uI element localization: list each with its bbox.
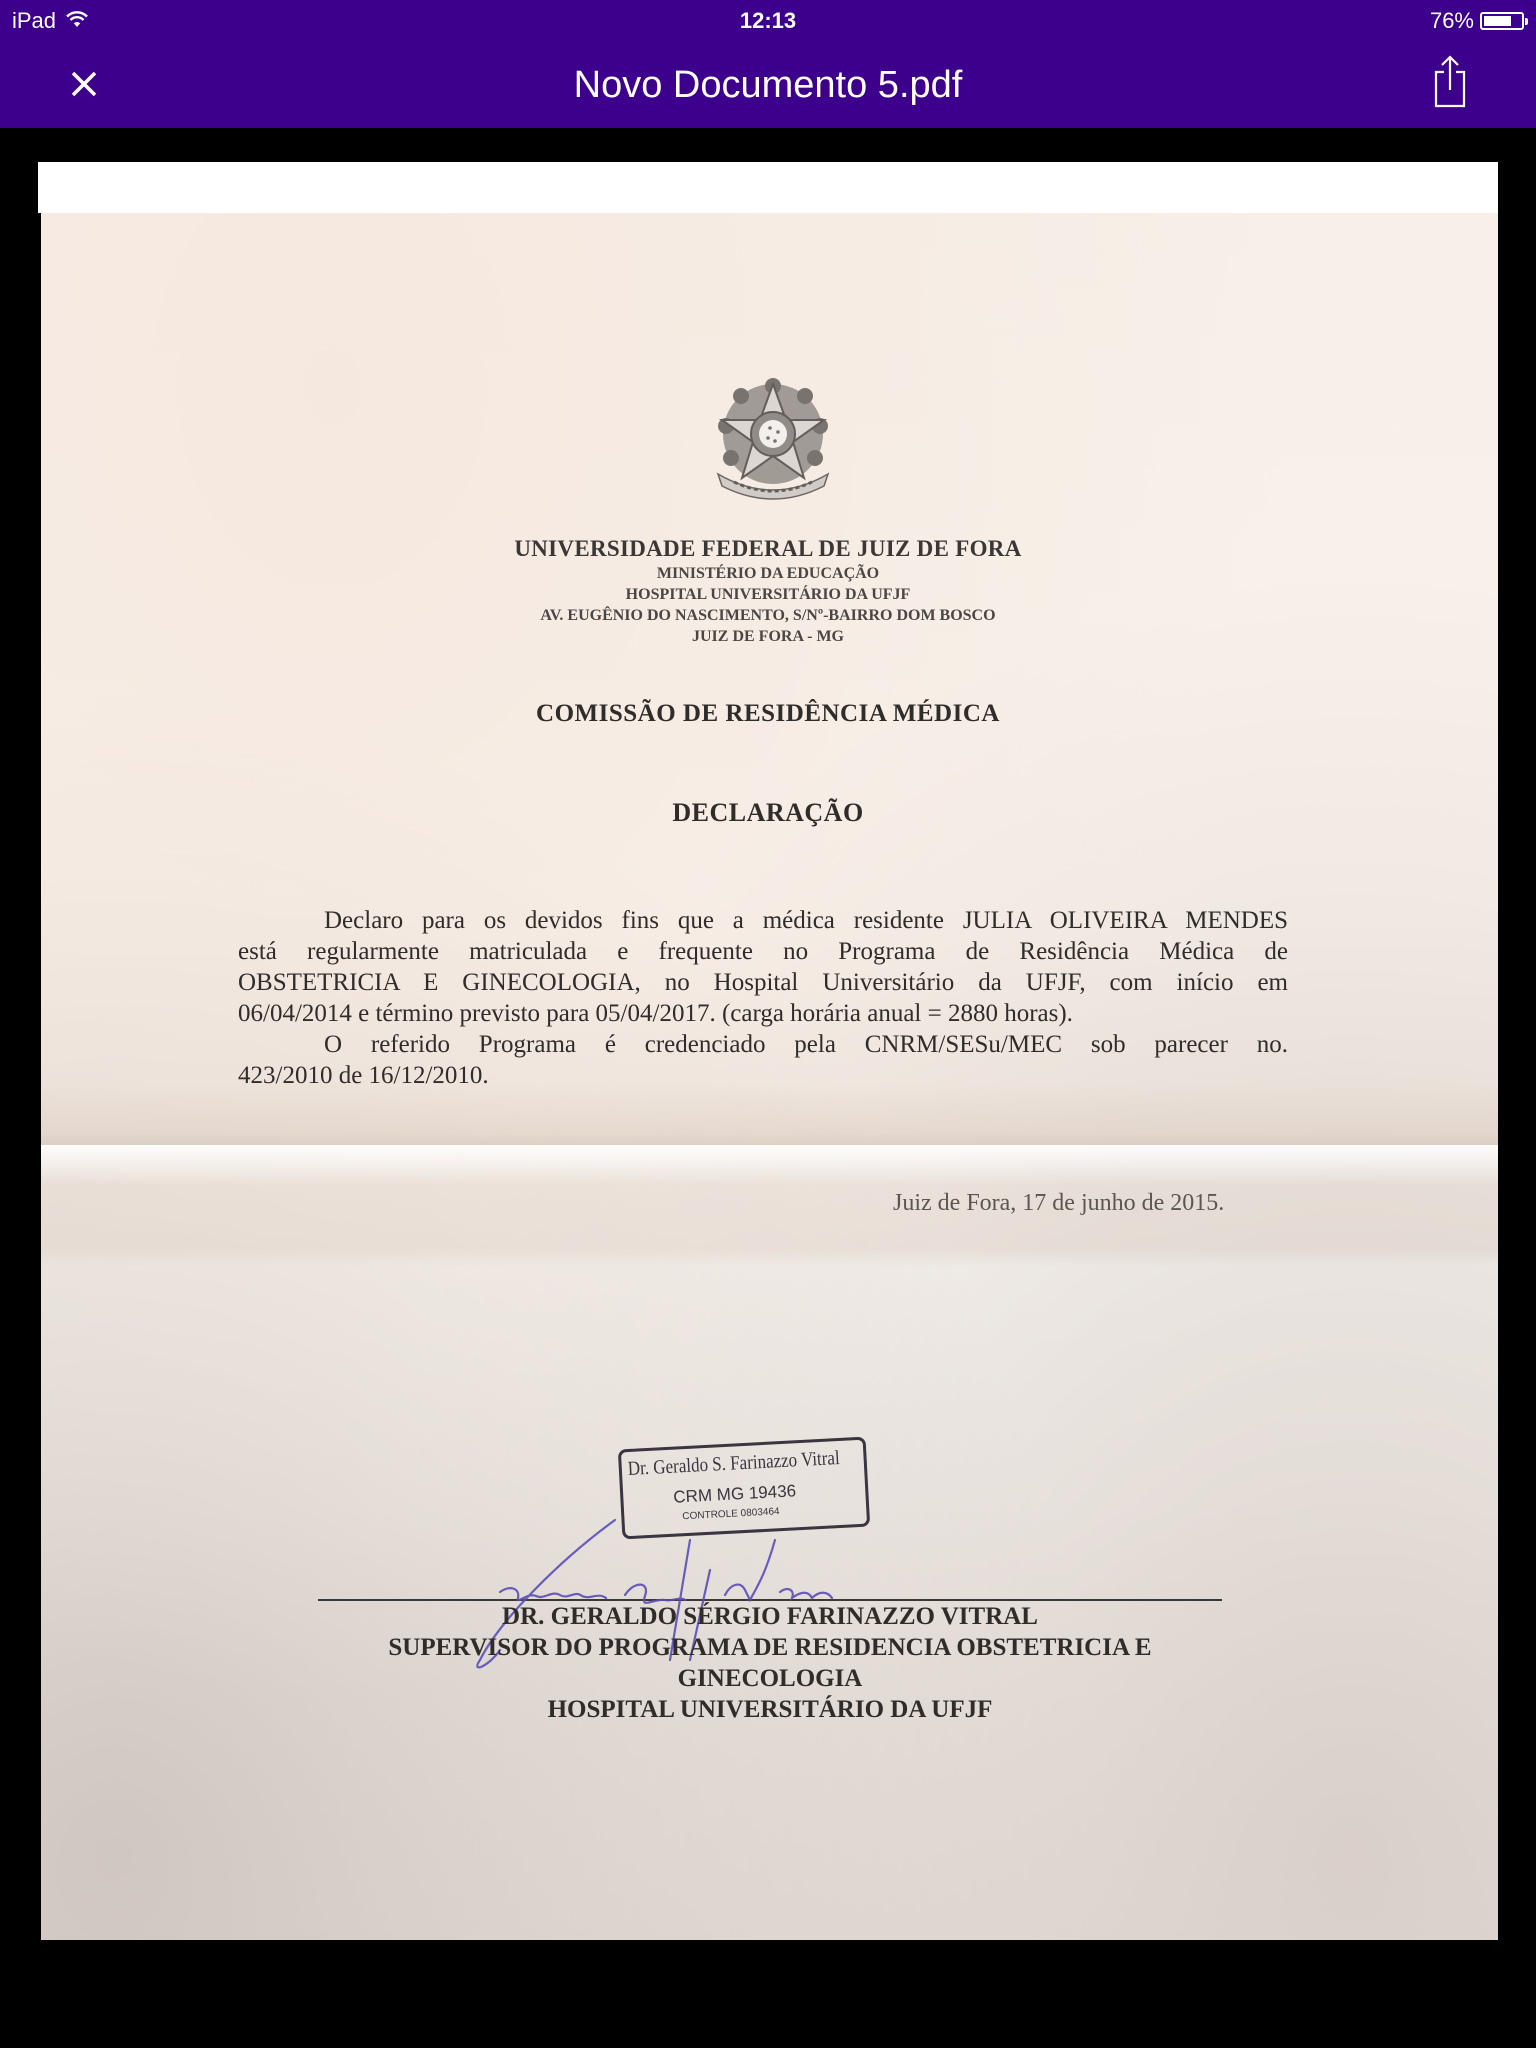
- commission-heading: COMISSÃO DE RESIDÊNCIA MÉDICA: [468, 700, 1068, 728]
- signatory-role: SUPERVISOR DO PROGRAMA DE RESIDENCIA OBS…: [318, 1632, 1222, 1663]
- status-bar-right: 76%: [1430, 6, 1524, 36]
- coat-of-arms-emblem: [700, 378, 846, 510]
- paper-fold-shadow: [41, 1083, 1498, 1145]
- declaration-title: DECLARAÇÃO: [468, 798, 1068, 828]
- pdf-page-top-margin: [38, 162, 1498, 213]
- body-line: Declaro para os devidos fins que a médic…: [238, 905, 1288, 936]
- declaration-body: Declaro para os devidos fins que a médic…: [238, 905, 1288, 1091]
- stamp-name: Dr. Geraldo S. Farinazzo Vitral: [627, 1447, 840, 1481]
- top-bar: iPad 12:13 76% Novo Documento 5.pdf: [0, 0, 1536, 128]
- body-line: 423/2010 de 16/12/2010.: [238, 1060, 1288, 1091]
- institution-name: UNIVERSIDADE FEDERAL DE JUIZ DE FORA: [468, 536, 1068, 562]
- letterhead-line: HOSPITAL UNIVERSITÁRIO DA UFJF: [468, 585, 1068, 605]
- body-line: 06/04/2014 e término previsto para 05/04…: [238, 998, 1288, 1029]
- share-button[interactable]: [1426, 52, 1474, 112]
- document-title: Novo Documento 5.pdf: [0, 60, 1536, 110]
- signatory-role-continued: GINECOLOGIA: [318, 1663, 1222, 1694]
- body-line: está regularmente matriculada e frequent…: [238, 936, 1288, 967]
- battery-level: [1484, 16, 1511, 26]
- pdf-viewer-app: iPad 12:13 76% Novo Documento 5.pdf: [0, 0, 1536, 2048]
- letterhead-line: JUIZ DE FORA - MG: [468, 627, 1068, 647]
- letterhead-line: MINISTÉRIO DA EDUCAÇÃO: [468, 564, 1068, 584]
- signatory-name: DR. GERALDO SÉRGIO FARINAZZO VITRAL: [318, 1601, 1222, 1632]
- letterhead-line: AV. EUGÊNIO DO NASCIMENTO, S/Nº-BAIRRO D…: [468, 606, 1068, 626]
- battery-icon: [1480, 12, 1524, 30]
- paper-fold-highlight: [41, 1145, 1498, 1185]
- status-time: 12:13: [0, 6, 1536, 36]
- place-and-date: Juiz de Fora, 17 de junho de 2015.: [893, 1190, 1224, 1217]
- signatory-institution: HOSPITAL UNIVERSITÁRIO DA UFJF: [318, 1694, 1222, 1725]
- battery-percent: 76%: [1430, 6, 1474, 36]
- body-line: O referido Programa é credenciado pela C…: [238, 1029, 1288, 1060]
- share-icon: [1428, 54, 1472, 110]
- body-line: OBSTETRICIA E GINECOLOGIA, no Hospital U…: [238, 967, 1288, 998]
- close-button[interactable]: [62, 62, 106, 106]
- close-icon: [69, 69, 99, 99]
